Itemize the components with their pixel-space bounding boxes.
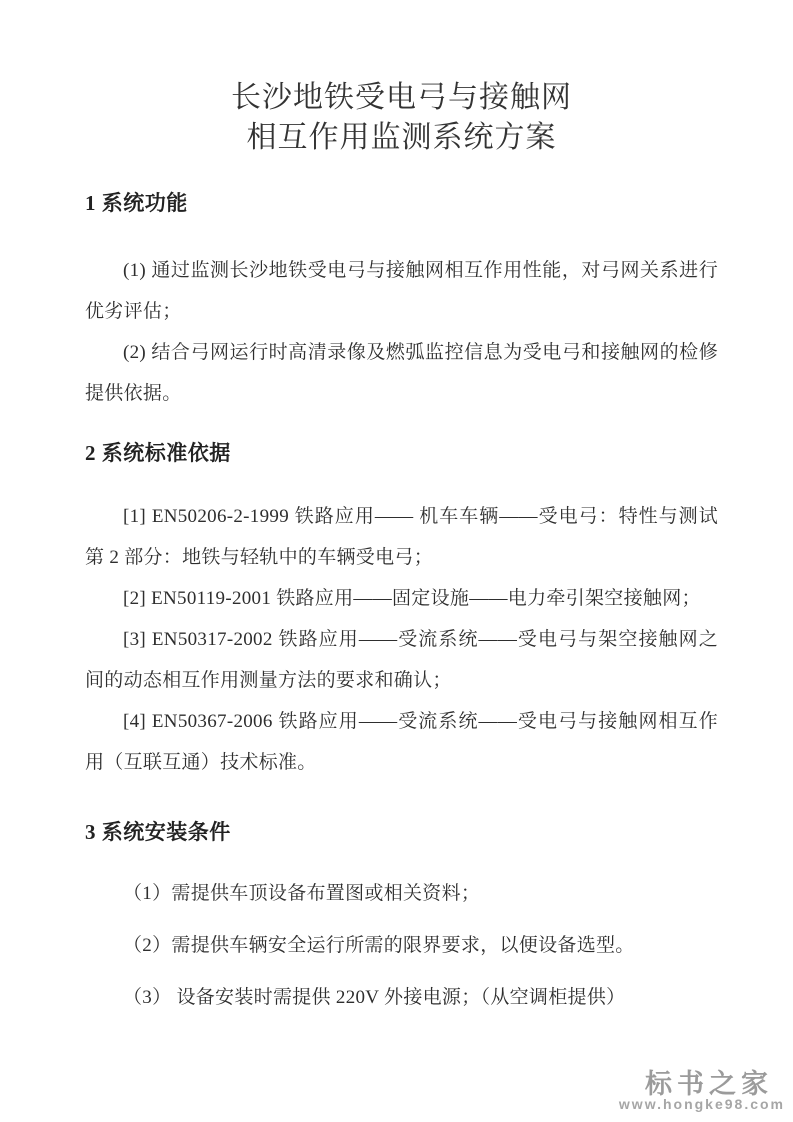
reference-item: [4] EN50367-2006 铁路应用——受流系统——受电弓与接触网相互作用… [85,701,718,783]
paragraph: (1) 通过监测长沙地铁受电弓与接触网相互作用性能，对弓网关系进行优劣评估； [85,250,718,332]
document-title-line-1: 长沙地铁受电弓与接触网 [85,78,718,118]
section-2-heading: 2 系统标准依据 [85,438,718,468]
document-title-line-2: 相互作用监测系统方案 [85,118,718,158]
watermark-url: www.hongke98.com [619,1096,785,1112]
list-item: （2）需提供车辆安全运行所需的限界要求，以便设备选型。 [85,925,718,966]
reference-item: [3] EN50317-2002 铁路应用——受流系统——受电弓与架空接触网之间… [85,619,718,701]
section-1-body: (1) 通过监测长沙地铁受电弓与接触网相互作用性能，对弓网关系进行优劣评估； (… [85,250,718,414]
document-title: 长沙地铁受电弓与接触网 相互作用监测系统方案 [85,78,718,158]
document-page: 长沙地铁受电弓与接触网 相互作用监测系统方案 1 系统功能 (1) 通过监测长沙… [0,0,793,1122]
section-3-heading: 3 系统安装条件 [85,817,718,847]
list-item: （1）需提供车顶设备布置图或相关资料； [85,873,718,914]
section-1-heading: 1 系统功能 [85,188,718,218]
section-3-body: （1）需提供车顶设备布置图或相关资料； （2）需提供车辆安全运行所需的限界要求，… [85,873,718,1018]
paragraph: (2) 结合弓网运行时高清录像及燃弧监控信息为受电弓和接触网的检修提供依据。 [85,332,718,414]
reference-item: [2] EN50119-2001 铁路应用——固定设施——电力牵引架空接触网； [85,578,718,619]
document-content: 长沙地铁受电弓与接触网 相互作用监测系统方案 1 系统功能 (1) 通过监测长沙… [85,78,718,1018]
list-item: （3） 设备安装时需提供 220V 外接电源；（从空调柜提供） [85,977,718,1018]
section-2-body: [1] EN50206-2-1999 铁路应用—— 机车车辆——受电弓：特性与测… [85,496,718,783]
reference-item: [1] EN50206-2-1999 铁路应用—— 机车车辆——受电弓：特性与测… [85,496,718,578]
